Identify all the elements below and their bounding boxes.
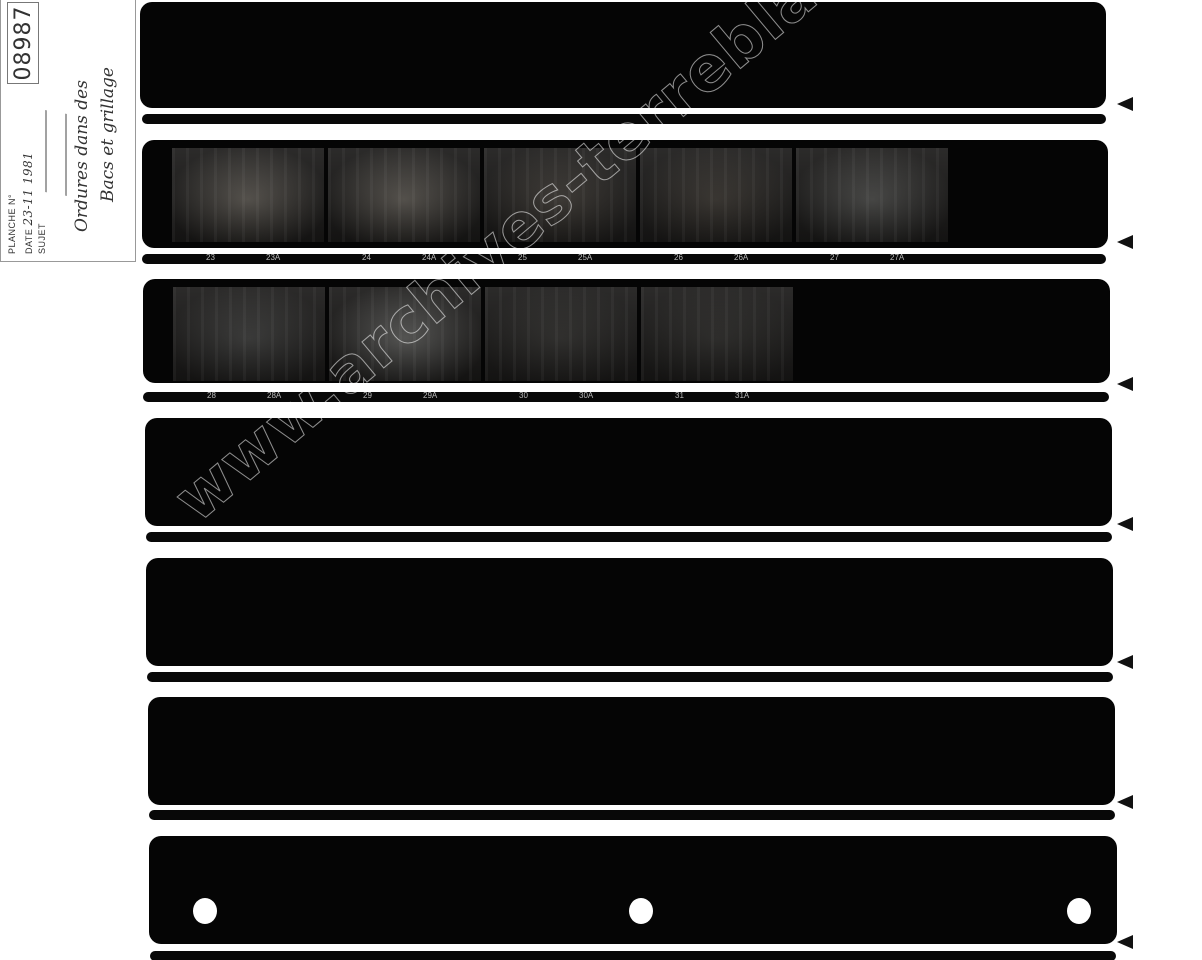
frame-number: 27A bbox=[890, 253, 904, 262]
frame-number: 27 bbox=[830, 253, 839, 262]
film-edge: 2323A2424A2525A2626A2727A bbox=[142, 254, 1106, 264]
direction-arrow-icon bbox=[1117, 655, 1133, 669]
film-strip bbox=[148, 697, 1115, 805]
film-strip bbox=[142, 140, 1108, 248]
date-value: 23-11 1981 bbox=[21, 152, 35, 226]
crossed-out-scribble bbox=[45, 110, 67, 196]
photo-frame-bin-with-rubbish bbox=[484, 148, 636, 242]
photo-frame-crate-with-debris bbox=[328, 148, 480, 242]
frame-number: 30A bbox=[579, 391, 593, 400]
direction-arrow-icon bbox=[1117, 97, 1133, 111]
frame-number: 31 bbox=[675, 391, 684, 400]
direction-arrow-icon bbox=[1117, 517, 1133, 531]
subject-line-2: Bacs et grillage bbox=[95, 2, 121, 232]
photo-frame-bin-with-rubbish bbox=[640, 148, 792, 242]
punch-hole bbox=[629, 898, 653, 924]
photo-frame-storage-tanks bbox=[796, 148, 948, 242]
subject-handwriting: Ordures dans des Bacs et grillage bbox=[69, 2, 121, 232]
frame-number: 26A bbox=[734, 253, 748, 262]
photo-frame-storage-tanks bbox=[173, 287, 325, 381]
direction-arrow-icon bbox=[1117, 235, 1133, 249]
frame-number: 29A bbox=[423, 391, 437, 400]
frame-number: 31A bbox=[735, 391, 749, 400]
direction-arrow-icon bbox=[1117, 795, 1133, 809]
frame-number: 24 bbox=[362, 253, 371, 262]
contact-sheet-label-card: PLANCHE N° DATE 23-11 1981 SUJET 08987 O… bbox=[0, 0, 136, 262]
frame-number: 25 bbox=[518, 253, 527, 262]
film-strip bbox=[145, 418, 1112, 526]
frame-number: 30 bbox=[519, 391, 528, 400]
subject-line-1: Ordures dans des bbox=[69, 2, 95, 232]
frame-number: 23 bbox=[206, 253, 215, 262]
frame-number: 25A bbox=[578, 253, 592, 262]
photo-frame-crate-with-debris bbox=[172, 148, 324, 242]
film-edge bbox=[150, 951, 1116, 960]
punch-hole bbox=[1067, 898, 1091, 924]
film-edge bbox=[146, 532, 1112, 542]
photo-frame-worker-with-cage-bin bbox=[485, 287, 637, 381]
frame-number: 23A bbox=[266, 253, 280, 262]
film-edge bbox=[142, 114, 1106, 124]
plate-number: 08987 bbox=[7, 2, 39, 84]
frame-number: 26 bbox=[674, 253, 683, 262]
plate-label: PLANCHE N° bbox=[7, 194, 17, 254]
photo-frame-worker-with-cage-bin bbox=[641, 287, 793, 381]
film-strip bbox=[146, 558, 1113, 666]
subject-label: SUJET bbox=[37, 223, 47, 254]
photo-frame-warehouse-aisle bbox=[329, 287, 481, 381]
date-field: DATE 23-11 1981 bbox=[21, 152, 35, 254]
punch-hole bbox=[193, 898, 217, 924]
frame-number: 28A bbox=[267, 391, 281, 400]
frame-number: 28 bbox=[207, 391, 216, 400]
frame-number: 24A bbox=[422, 253, 436, 262]
film-edge bbox=[147, 672, 1113, 682]
film-edge: 2828A2929A3030A3131A bbox=[143, 392, 1109, 402]
film-strip bbox=[140, 2, 1106, 108]
film-strip bbox=[143, 279, 1110, 383]
film-edge bbox=[149, 810, 1115, 820]
direction-arrow-icon bbox=[1117, 377, 1133, 391]
film-strip bbox=[149, 836, 1117, 944]
direction-arrow-icon bbox=[1117, 935, 1133, 949]
frame-number: 29 bbox=[363, 391, 372, 400]
date-label: DATE bbox=[24, 229, 34, 254]
